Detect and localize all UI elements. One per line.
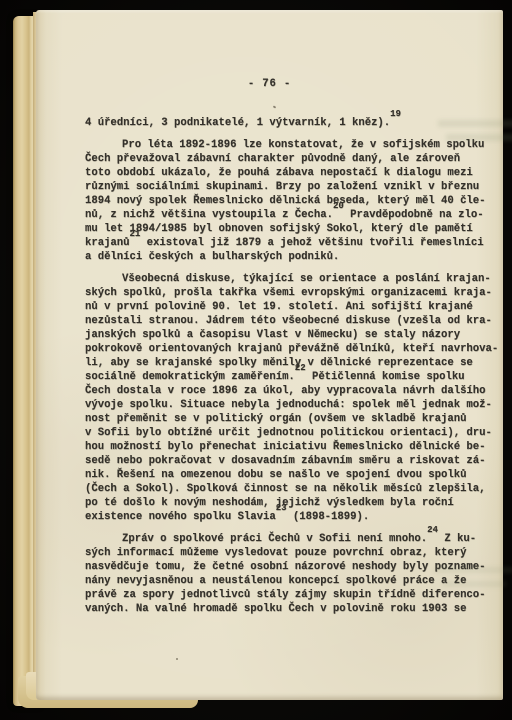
text-line: po té došlo k novým neshodám, jejichž vý… <box>85 496 493 510</box>
showthrough-smudge <box>438 120 512 127</box>
text-line: 4 úředníci, 3 podnikatelé, 1 výtvarník, … <box>85 116 493 130</box>
footnote-ref: 23 <box>276 503 287 513</box>
text-line: nů, z nichž většina vystoupila z Čecha.2… <box>85 208 493 222</box>
text-line: 1894 nový spolek Řemeslnicko dělnická be… <box>85 194 493 208</box>
text-line: nezůstali stranou. Jádrem této všeobecné… <box>85 314 493 328</box>
text-line: vaných. Na valné hromadě spolku Čech v p… <box>85 602 493 616</box>
text-line: vývoje spolku. Situace nebyla jednoduchá… <box>85 398 493 412</box>
paper-speck <box>273 105 277 108</box>
paragraph: Zpráv o spolkové práci Čechů v Sofii nen… <box>85 532 493 616</box>
showthrough-smudge <box>442 581 506 587</box>
paper-speck <box>176 658 178 660</box>
book-page-photo: - 76 - 4 úředníci, 3 podnikatelé, 1 výtv… <box>0 0 512 720</box>
text-line: Čech dostala v roce 1896 za úkol, aby vy… <box>85 384 493 398</box>
text-line: krajanů21 existoval již 1879 a jehož vět… <box>85 236 493 250</box>
text-line: sociálně demokratickým zaměřením.22 Pěti… <box>85 370 493 384</box>
text-line: v Sofii bylo obtížné určit jednotnou pol… <box>85 426 493 440</box>
text-line: ských spolků, prošla takřka všemi evrops… <box>85 286 493 300</box>
text-line: li, aby se krajanské spolky měnily v děl… <box>85 356 493 370</box>
text-line: sedě nebo pokračovat v dosavadním zábavn… <box>85 454 493 468</box>
paragraph: 4 úředníci, 3 podnikatelé, 1 výtvarník, … <box>85 116 493 130</box>
page: - 76 - 4 úředníci, 3 podnikatelé, 1 výtv… <box>36 10 503 700</box>
text-line: (Čech a Sokol). Spolková činnost se na n… <box>85 482 493 496</box>
text-line: nost přeměnit se v politický orgán (ovše… <box>85 412 493 426</box>
text-line: nasvědčuje tomu, že četné osobní názorov… <box>85 560 493 574</box>
showthrough-smudge <box>434 567 512 573</box>
text-line: sých informací můžeme vysledovat pouze p… <box>85 546 493 560</box>
text-line: nik. Řešení na omezenou dobu se našlo ve… <box>85 468 493 482</box>
text-line: toto období ukázalo, že pouhá zábava nep… <box>85 166 493 180</box>
page-number: - 76 - <box>36 78 503 90</box>
text-line: existence nového spolku Slavia23 (1898-1… <box>85 510 493 524</box>
body-text: 4 úředníci, 3 podnikatelé, 1 výtvarník, … <box>85 116 493 616</box>
text-line: mu let 1894/1985 byl obnoven sofijský So… <box>85 222 493 236</box>
text-line: právě za spory jednotlivců stály zájmy s… <box>85 588 493 602</box>
text-line: janských spolků a časopisu Vlast v Němec… <box>85 328 493 342</box>
text-line: nány nevyjasněnou a neustálenou koncepcí… <box>85 574 493 588</box>
footnote-ref: 19 <box>390 109 401 119</box>
footnote-ref: 22 <box>295 363 306 373</box>
footnote-ref: 24 <box>427 525 438 535</box>
text-line: různými sociálními skupinami. Brzy po za… <box>85 180 493 194</box>
text-line: Zpráv o spolkové práci Čechů v Sofii nen… <box>85 532 493 546</box>
showthrough-smudge <box>446 134 512 141</box>
text-line: hou možností bylo přenechat iniciativu Ř… <box>85 440 493 454</box>
text-line: nů v první polovině 90. let 19. století.… <box>85 300 493 314</box>
text-line: pokrokově orientovaných krajanů převážně… <box>85 342 493 356</box>
text-line: Všeobecná diskuse, týkající se orientace… <box>85 272 493 286</box>
paragraph: Všeobecná diskuse, týkající se orientace… <box>85 272 493 524</box>
text-line: Čech převažoval zábavní charakter původn… <box>85 152 493 166</box>
footnote-ref: 21 <box>130 229 141 239</box>
text-line: Pro léta 1892-1896 lze konstatovat, že v… <box>85 138 493 152</box>
footnote-ref: 20 <box>333 201 344 211</box>
paragraph: Pro léta 1892-1896 lze konstatovat, že v… <box>85 138 493 264</box>
text-line: a dělníci českých a bulharských podniků. <box>85 250 493 264</box>
